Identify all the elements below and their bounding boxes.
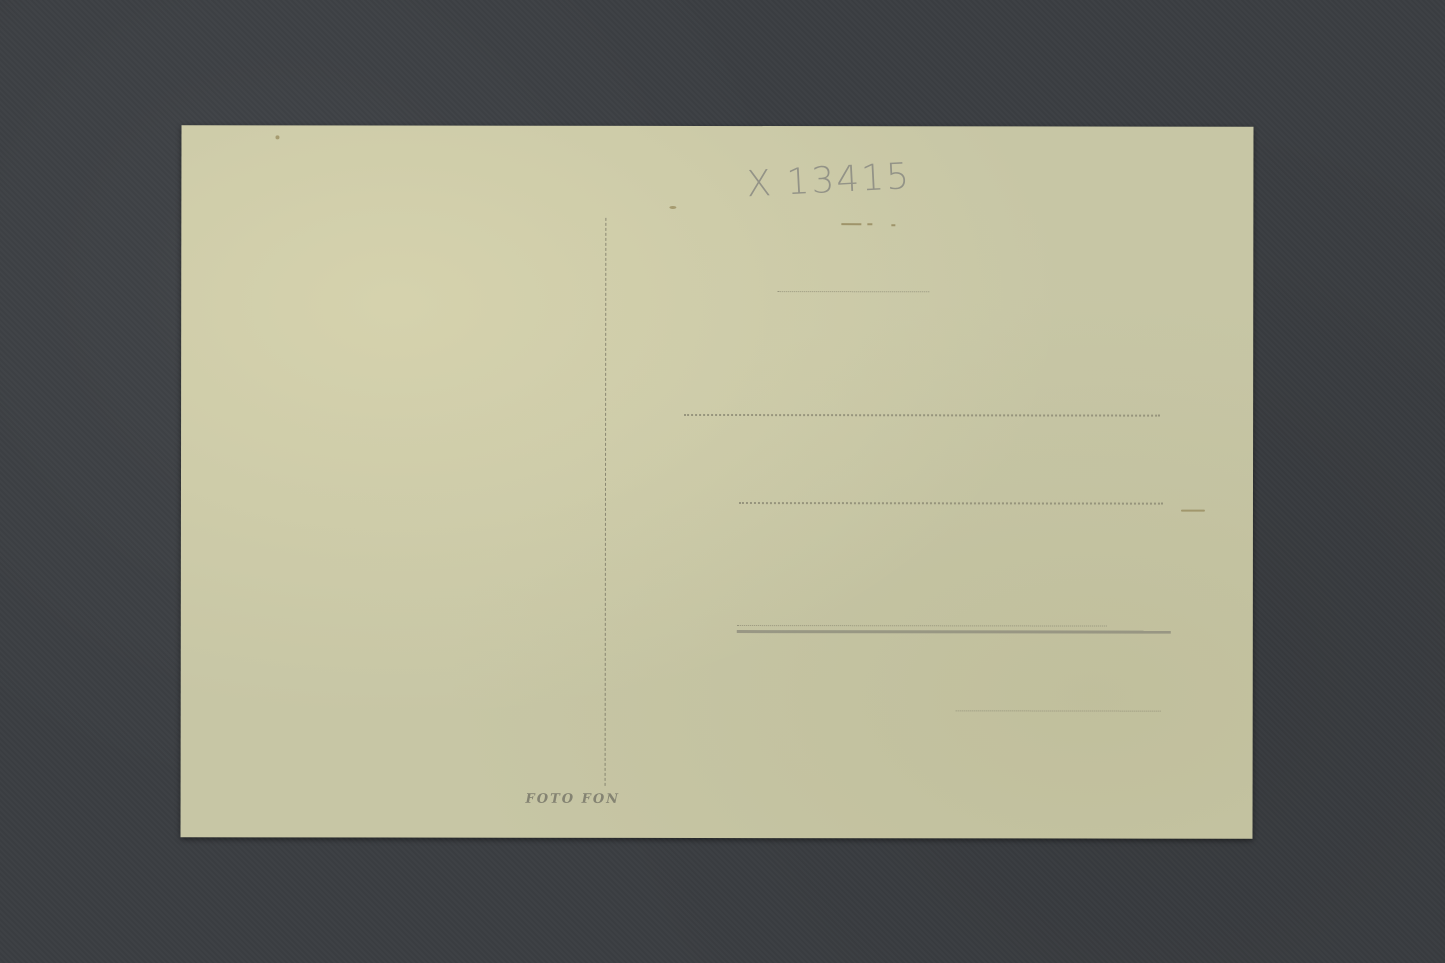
stain-spot [275, 135, 279, 139]
address-line-3 [739, 502, 1163, 505]
address-line-4-dotted [737, 625, 1107, 627]
publisher-imprint: FOTO FON [526, 792, 621, 807]
stain-spot [669, 206, 676, 209]
ink-mark [891, 224, 895, 226]
ink-mark [867, 223, 872, 225]
address-line-5 [956, 710, 1161, 711]
photo-scene: X 13415 FOTO FON [0, 0, 1445, 963]
handwritten-inventory-number: X 13415 [745, 156, 912, 205]
ink-mark [841, 223, 861, 225]
address-line-1 [777, 291, 929, 292]
address-line-4 [737, 630, 1171, 634]
address-line-2 [684, 414, 1160, 417]
postcard-back: X 13415 FOTO FON [181, 125, 1254, 838]
postcard-divider-line [605, 218, 607, 786]
stain-spot [1181, 510, 1205, 512]
